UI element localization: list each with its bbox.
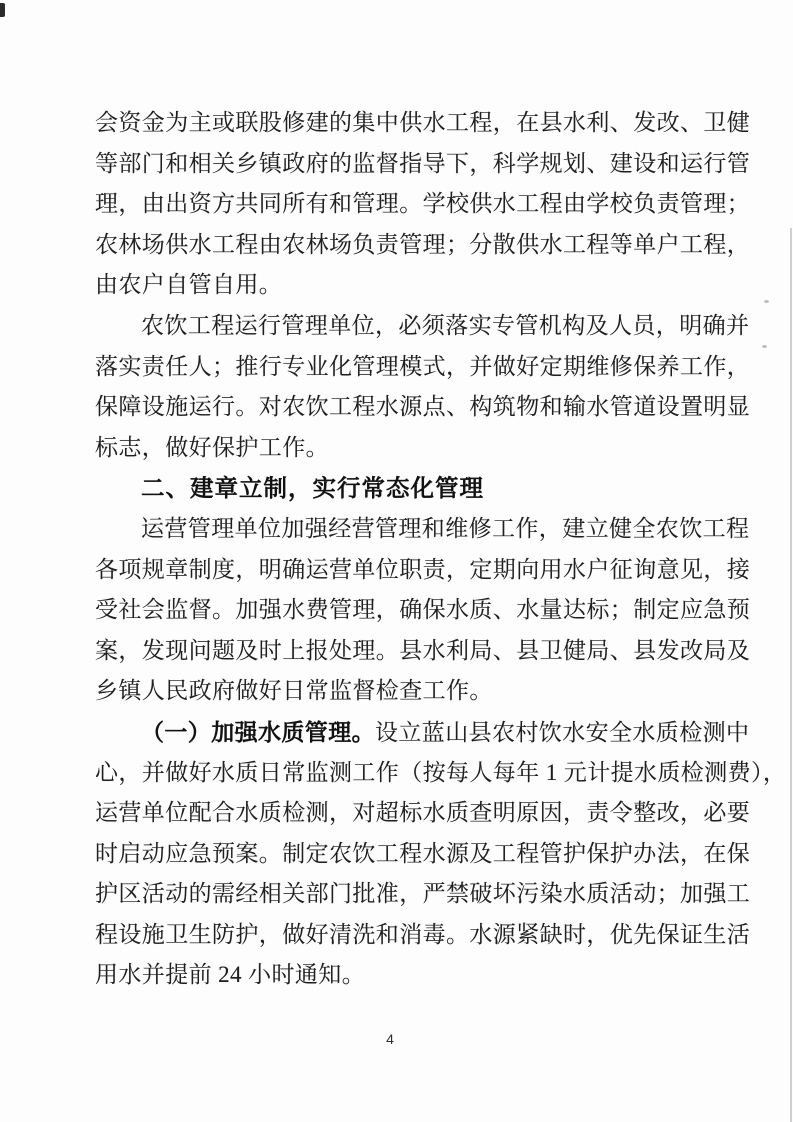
text-line: 运营单位配合水质检测，对超标水质查明原因，责令整改，必要 (95, 793, 711, 834)
subsection-lead-bold: （一）加强水质管理。 (141, 719, 375, 745)
text-line: 时启动应急预案。制定农饮工程水源及工程管护保护办法，在保 (95, 834, 711, 875)
document-page: 会资金为主或联股修建的集中供水工程，在县水利、发改、卫健 等部门和相关乡镇政府的… (0, 0, 793, 1122)
text-line: 运营管理单位加强经营管理和维修工作，建立健全农饮工程 (95, 509, 711, 550)
text-line: 案，发现问题及时上报处理。县水利局、县卫健局、县发改局及 (95, 631, 711, 672)
text-line: 理，由出资方共同所有和管理。学校供水工程由学校负责管理； (95, 184, 711, 225)
text-line: 落实责任人；推行专业化管理模式，并做好定期维修保养工作， (95, 347, 711, 388)
text-line: 用水并提前 24 小时通知。 (95, 955, 711, 996)
text-line: 各项规章制度，明确运营单位职责，定期向用水户征询意见，接 (95, 550, 711, 591)
scan-speck (762, 345, 767, 348)
scan-smudge-artifact (0, 3, 5, 17)
text-line: 受社会监督。加强水费管理，确保水质、水量达标；制定应急预 (95, 590, 711, 631)
page-footer: 4 (0, 1031, 780, 1047)
paragraph-management-rules: 运营管理单位加强经营管理和维修工作，建立健全农饮工程 各项规章制度，明确运营单位… (95, 509, 711, 712)
scan-edge-line (790, 228, 792, 1122)
text-line: 等部门和相关乡镇政府的监督指导下，科学规划、建设和运行管 (95, 144, 711, 185)
document-body: 会资金为主或联股修建的集中供水工程，在县水利、发改、卫健 等部门和相关乡镇政府的… (95, 103, 711, 996)
paragraph-operation-units: 农饮工程运行管理单位，必须落实专管机构及人员，明确并 落实责任人；推行专业化管理… (95, 306, 711, 468)
text-line: 乡镇人民政府做好日常监督检查工作。 (95, 671, 711, 712)
text-line: 农林场供水工程由农林场负责管理；分散供水工程等单户工程， (95, 225, 711, 266)
paragraph-continuation: 会资金为主或联股修建的集中供水工程，在县水利、发改、卫健 等部门和相关乡镇政府的… (95, 103, 711, 306)
page-number: 4 (386, 1031, 394, 1047)
text-line: 标志，做好保护工作。 (95, 428, 711, 469)
paragraph-water-quality: （一）加强水质管理。设立蓝山县农村饮水安全水质检测中 心，并做好水质日常监测工作… (95, 712, 711, 996)
text-line: 心，并做好水质日常监测工作（按每人每年 1 元计提水质检测费）， (95, 753, 711, 794)
section-heading-2: 二、建章立制，实行常态化管理 (95, 468, 711, 509)
text-line: 会资金为主或联股修建的集中供水工程，在县水利、发改、卫健 (95, 103, 711, 144)
text-line-rest: 设立蓝山县农村饮水安全水质检测中 (375, 720, 749, 745)
text-line: 农饮工程运行管理单位，必须落实专管机构及人员，明确并 (95, 306, 711, 347)
text-line: 保障设施运行。对农饮工程水源点、构筑物和输水管道设置明显 (95, 387, 711, 428)
text-line: 由农户自管自用。 (95, 265, 711, 306)
text-line: 护区活动的需经相关部门批准，严禁破坏污染水质活动；加强工 (95, 874, 711, 915)
text-line: 程设施卫生防护，做好清洗和消毒。水源紧缺时，优先保证生活 (95, 915, 711, 956)
scan-speck (764, 300, 769, 303)
text-line: （一）加强水质管理。设立蓝山县农村饮水安全水质检测中 (95, 712, 711, 753)
